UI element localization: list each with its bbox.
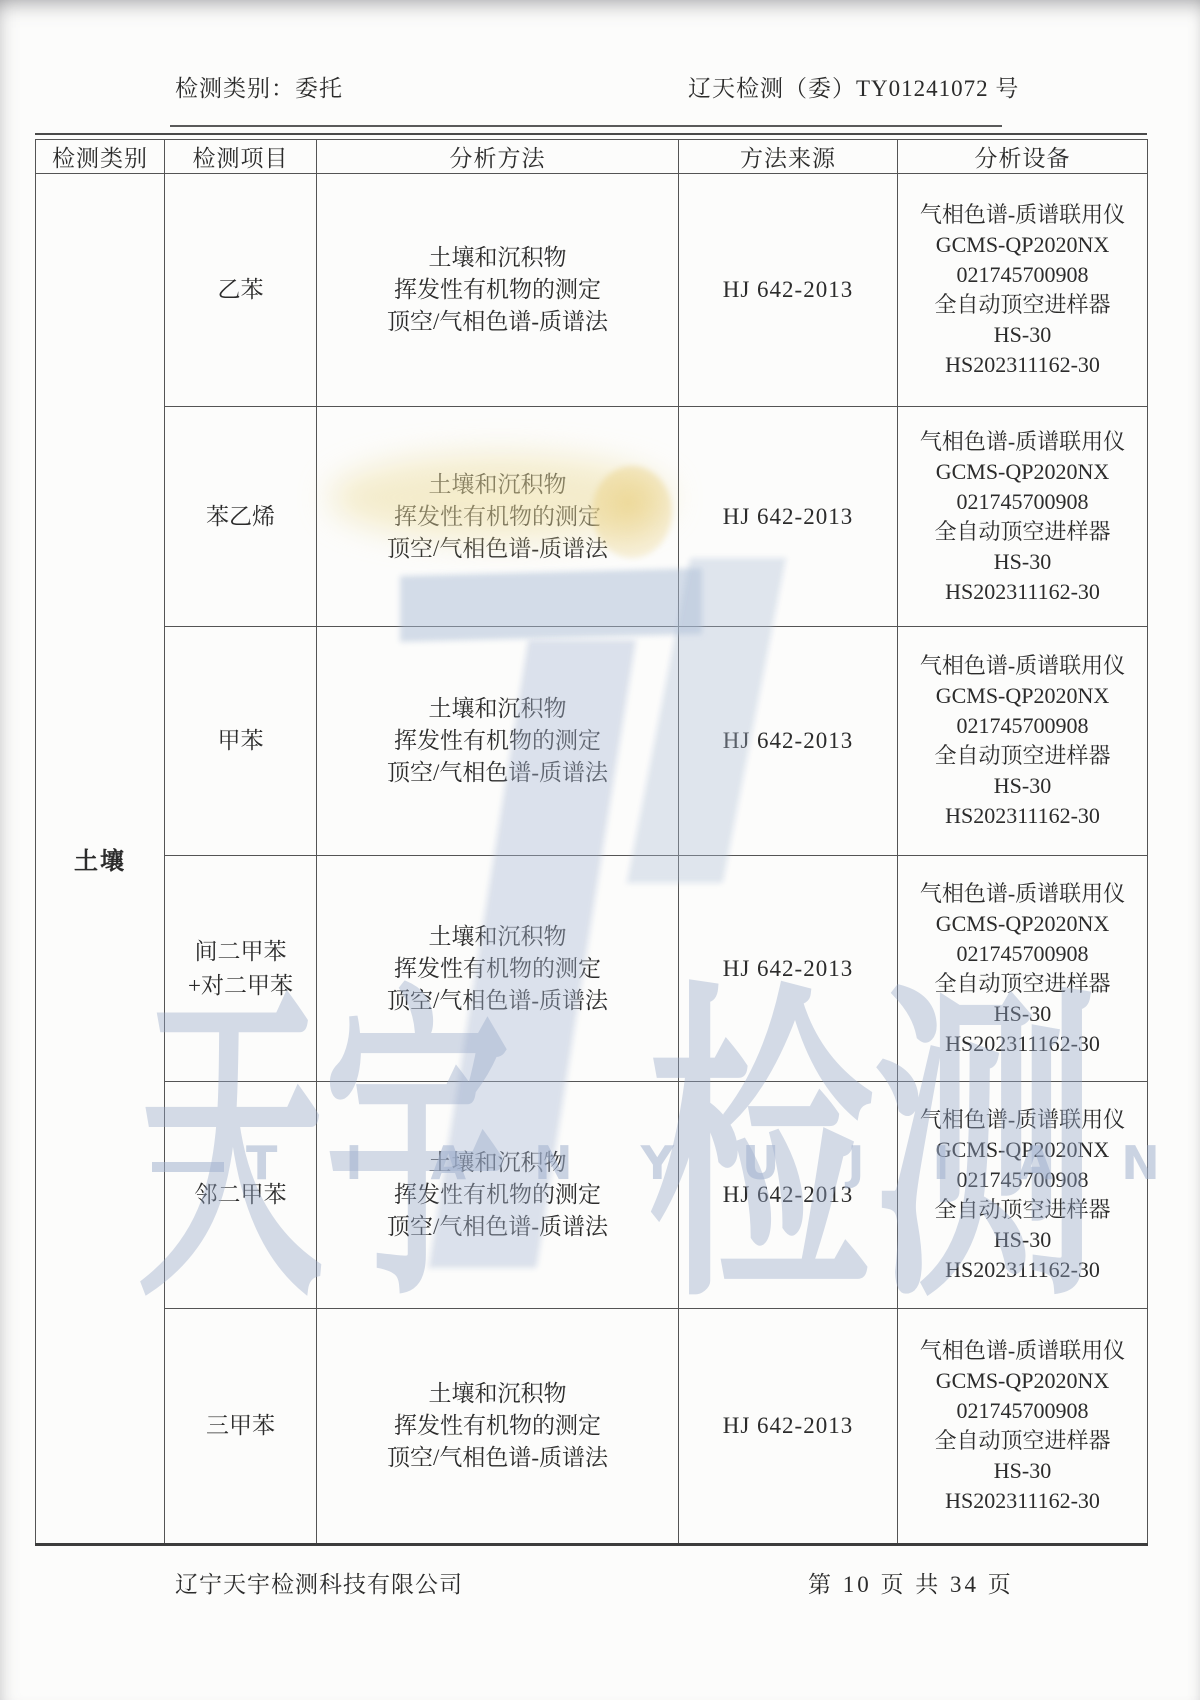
cell-line: HS-30 <box>898 320 1147 350</box>
cell-line: GCMS-QP2020NX <box>898 909 1147 939</box>
footer-company-name: 辽宁天宇检测科技有限公司 <box>175 1566 463 1599</box>
cell-line: 021745700908 <box>898 1396 1147 1426</box>
cell-line: 气相色谱-质谱联用仪 <box>898 1336 1147 1366</box>
item-cell: 间二甲苯+对二甲苯 <box>165 856 317 1082</box>
cell-line: 挥发性有机物的测定 <box>317 274 678 306</box>
report-number: 辽天检测（委）TY01241072 号 <box>688 70 1019 103</box>
cell-line: HS-30 <box>898 547 1147 577</box>
cell-line: 全自动顶空进样器 <box>898 1426 1147 1456</box>
cell-line: 顶空/气相色谱-质谱法 <box>317 1442 678 1474</box>
cell-line: HS202311162-30 <box>898 1486 1147 1516</box>
cell-line: 土壤和沉积物 <box>317 242 678 274</box>
cell-line: GCMS-QP2020NX <box>898 1366 1147 1396</box>
cell-line: 气相色谱-质谱联用仪 <box>898 200 1147 230</box>
cell-line: 挥发性有机物的测定 <box>317 1179 678 1211</box>
source-cell: HJ 642-2013 <box>679 627 898 856</box>
cell-line: +对二甲苯 <box>165 969 316 1003</box>
cell-line: 三甲苯 <box>165 1409 316 1443</box>
cell-line: 土壤和沉积物 <box>317 1378 678 1410</box>
cell-line: 挥发性有机物的测定 <box>317 725 678 757</box>
table-header-row: 检测类别 检测项目 分析方法 方法来源 分析设备 <box>36 140 1148 174</box>
cell-line: 顶空/气相色谱-质谱法 <box>317 985 678 1017</box>
cell-line: GCMS-QP2020NX <box>898 1135 1147 1165</box>
cell-line: 挥发性有机物的测定 <box>317 1410 678 1442</box>
column-header-category: 检测类别 <box>36 140 165 174</box>
cell-line: HS-30 <box>898 1456 1147 1486</box>
cell-line: HS-30 <box>898 999 1147 1029</box>
cell-line: 全自动顶空进样器 <box>898 517 1147 547</box>
source-cell: HJ 642-2013 <box>679 1082 898 1309</box>
cell-line: 挥发性有机物的测定 <box>317 953 678 985</box>
equipment-cell: 气相色谱-质谱联用仪GCMS-QP2020NX021745700908全自动顶空… <box>898 407 1148 627</box>
cell-line: 甲苯 <box>165 724 316 758</box>
equipment-cell: 气相色谱-质谱联用仪GCMS-QP2020NX021745700908全自动顶空… <box>898 174 1148 407</box>
cell-line: 挥发性有机物的测定 <box>317 501 678 533</box>
cell-line: 顶空/气相色谱-质谱法 <box>317 533 678 565</box>
method-cell: 土壤和沉积物挥发性有机物的测定顶空/气相色谱-质谱法 <box>317 174 679 407</box>
cell-line: 顶空/气相色谱-质谱法 <box>317 757 678 789</box>
cell-line: HS202311162-30 <box>898 1029 1147 1059</box>
method-cell: 土壤和沉积物挥发性有机物的测定顶空/气相色谱-质谱法 <box>317 1309 679 1545</box>
item-cell: 甲苯 <box>165 627 317 856</box>
method-cell: 土壤和沉积物挥发性有机物的测定顶空/气相色谱-质谱法 <box>317 1082 679 1309</box>
cell-line: 顶空/气相色谱-质谱法 <box>317 306 678 338</box>
source-cell: HJ 642-2013 <box>679 407 898 627</box>
column-header-source: 方法来源 <box>679 140 898 174</box>
item-cell: 三甲苯 <box>165 1309 317 1545</box>
cell-line: 全自动顶空进样器 <box>898 969 1147 999</box>
scanned-report-page: { "page_header": { "left": "检测类别：委托", "r… <box>0 0 1200 1700</box>
cell-line: 气相色谱-质谱联用仪 <box>898 651 1147 681</box>
source-cell: HJ 642-2013 <box>679 174 898 407</box>
cell-line: 气相色谱-质谱联用仪 <box>898 427 1147 457</box>
methods-table: 检测类别 检测项目 分析方法 方法来源 分析设备 土壤乙苯土壤和沉积物挥发性有机… <box>35 139 1148 1546</box>
cell-line: 顶空/气相色谱-质谱法 <box>317 1211 678 1243</box>
cell-line: 021745700908 <box>898 1165 1147 1195</box>
table-row: 苯乙烯土壤和沉积物挥发性有机物的测定顶空/气相色谱-质谱法HJ 642-2013… <box>36 407 1148 627</box>
column-header-item: 检测项目 <box>165 140 317 174</box>
item-cell: 邻二甲苯 <box>165 1082 317 1309</box>
table-row: 邻二甲苯土壤和沉积物挥发性有机物的测定顶空/气相色谱-质谱法HJ 642-201… <box>36 1082 1148 1309</box>
cell-line: GCMS-QP2020NX <box>898 230 1147 260</box>
equipment-cell: 气相色谱-质谱联用仪GCMS-QP2020NX021745700908全自动顶空… <box>898 1082 1148 1309</box>
methods-table-wrap: 检测类别 检测项目 分析方法 方法来源 分析设备 土壤乙苯土壤和沉积物挥发性有机… <box>35 133 1147 1546</box>
item-cell: 乙苯 <box>165 174 317 407</box>
cell-line: 021745700908 <box>898 487 1147 517</box>
cell-line: HS202311162-30 <box>898 350 1147 380</box>
cell-line: 苯乙烯 <box>165 500 316 534</box>
column-header-equipment: 分析设备 <box>898 140 1148 174</box>
cell-line: 气相色谱-质谱联用仪 <box>898 1105 1147 1135</box>
cell-line: HS202311162-30 <box>898 801 1147 831</box>
cell-line: 乙苯 <box>165 273 316 307</box>
cell-line: 土壤和沉积物 <box>317 693 678 725</box>
column-header-method: 分析方法 <box>317 140 679 174</box>
cell-line: HS202311162-30 <box>898 1255 1147 1285</box>
cell-line: 土壤和沉积物 <box>317 921 678 953</box>
cell-line: 021745700908 <box>898 939 1147 969</box>
cell-line: 气相色谱-质谱联用仪 <box>898 879 1147 909</box>
equipment-cell: 气相色谱-质谱联用仪GCMS-QP2020NX021745700908全自动顶空… <box>898 627 1148 856</box>
cell-line: 全自动顶空进样器 <box>898 1195 1147 1225</box>
equipment-cell: 气相色谱-质谱联用仪GCMS-QP2020NX021745700908全自动顶空… <box>898 856 1148 1082</box>
cell-line: GCMS-QP2020NX <box>898 681 1147 711</box>
cell-line: HS-30 <box>898 771 1147 801</box>
table-row: 间二甲苯+对二甲苯土壤和沉积物挥发性有机物的测定顶空/气相色谱-质谱法HJ 64… <box>36 856 1148 1082</box>
cell-line: HS202311162-30 <box>898 577 1147 607</box>
table-row: 土壤乙苯土壤和沉积物挥发性有机物的测定顶空/气相色谱-质谱法HJ 642-201… <box>36 174 1148 407</box>
method-cell: 土壤和沉积物挥发性有机物的测定顶空/气相色谱-质谱法 <box>317 407 679 627</box>
source-cell: HJ 642-2013 <box>679 856 898 1082</box>
cell-line: 土壤和沉积物 <box>317 469 678 501</box>
cell-line: 021745700908 <box>898 260 1147 290</box>
cell-line: 全自动顶空进样器 <box>898 741 1147 771</box>
table-row: 甲苯土壤和沉积物挥发性有机物的测定顶空/气相色谱-质谱法HJ 642-2013气… <box>36 627 1148 856</box>
cell-line: 021745700908 <box>898 711 1147 741</box>
cell-line: 全自动顶空进样器 <box>898 290 1147 320</box>
method-cell: 土壤和沉积物挥发性有机物的测定顶空/气相色谱-质谱法 <box>317 856 679 1082</box>
cell-line: 邻二甲苯 <box>165 1178 316 1212</box>
header-rule <box>170 125 1002 127</box>
method-cell: 土壤和沉积物挥发性有机物的测定顶空/气相色谱-质谱法 <box>317 627 679 856</box>
report-category-label: 检测类别：委托 <box>175 70 343 103</box>
item-cell: 苯乙烯 <box>165 407 317 627</box>
equipment-cell: 气相色谱-质谱联用仪GCMS-QP2020NX021745700908全自动顶空… <box>898 1309 1148 1545</box>
footer-page-number: 第 10 页 共 34 页 <box>808 1566 1014 1599</box>
table-row: 三甲苯土壤和沉积物挥发性有机物的测定顶空/气相色谱-质谱法HJ 642-2013… <box>36 1309 1148 1545</box>
cell-line: GCMS-QP2020NX <box>898 457 1147 487</box>
cell-line: 间二甲苯 <box>165 935 316 969</box>
category-cell: 土壤 <box>36 174 165 1545</box>
cell-line: 土壤和沉积物 <box>317 1147 678 1179</box>
source-cell: HJ 642-2013 <box>679 1309 898 1545</box>
cell-line: HS-30 <box>898 1225 1147 1255</box>
